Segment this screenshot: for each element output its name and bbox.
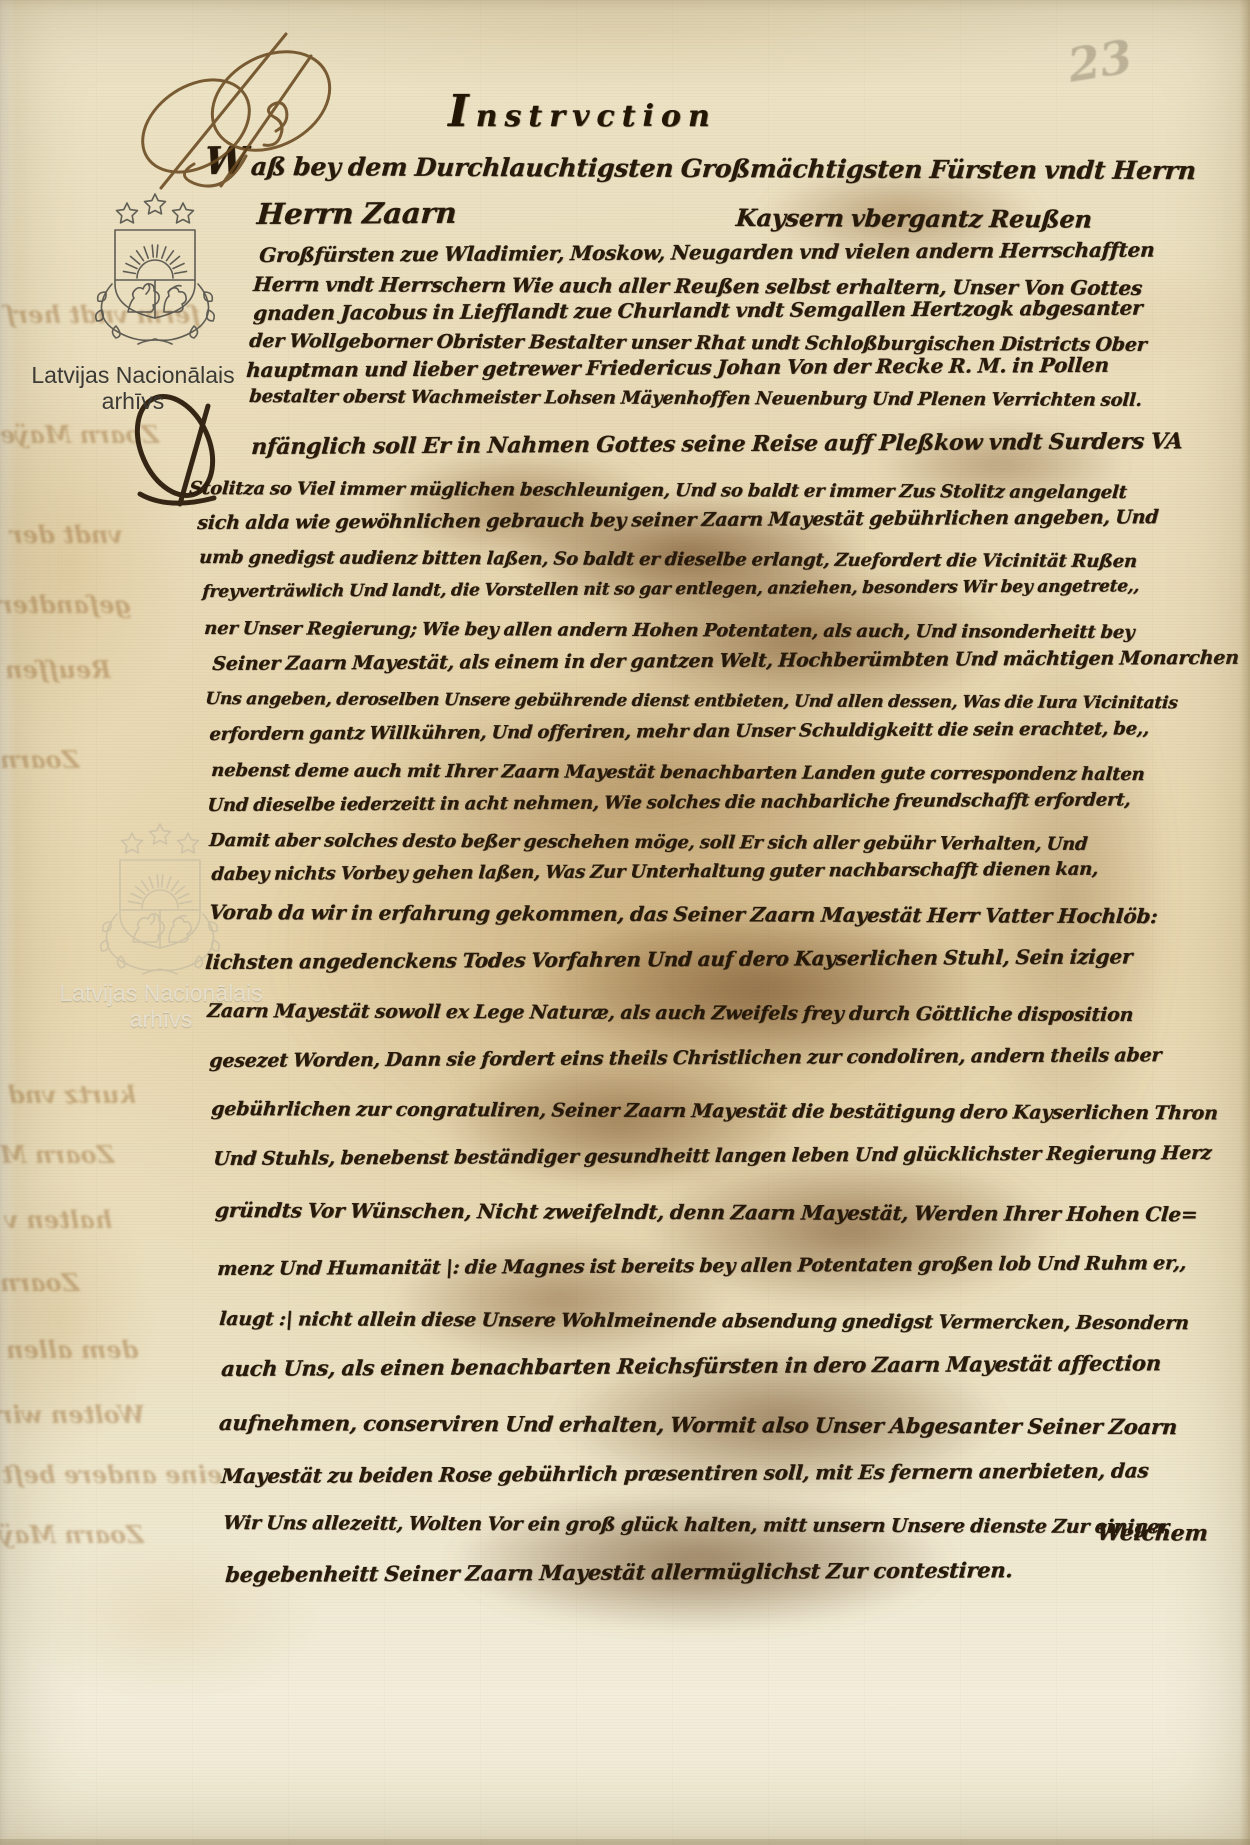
manuscript-line: bestalter oberst Wachmeister Lohsen Mäye… xyxy=(248,386,1142,411)
manuscript-line: sich alda wie gewöhnlichen gebrauch bey … xyxy=(197,506,1159,534)
manuscript-line: auch Uns, als einen benachbarten Reichsf… xyxy=(220,1350,1161,1381)
calligraphic-monogram-flourish xyxy=(126,16,364,204)
manuscript-line: lichsten angedenckens Todes Vorfahren Un… xyxy=(204,944,1133,974)
manuscript-line: laugt :| nicht allein diese Unsere Wohlm… xyxy=(218,1308,1189,1334)
archive-watermark-primary-text: Latvijas Nacionālais arhīvs xyxy=(22,362,244,415)
manuscript-line: Mayestät zu beiden Rose gebührlich præse… xyxy=(220,1458,1149,1488)
manuscript-line: gesezet Worden, Dann sie fordert eins th… xyxy=(209,1044,1162,1072)
manuscript-line: Und Stuhls, benebenst beständiger gesund… xyxy=(213,1142,1212,1170)
manuscript-line: Stolitza so Viel immer müglichen beschle… xyxy=(188,478,1127,503)
manuscript-line: erfordern gantz Willkühren, Und offerire… xyxy=(209,718,1150,745)
pencil-page-number: 23 xyxy=(1064,29,1136,92)
manuscript-line: Damit aber solches desto beßer geschehen… xyxy=(208,830,1088,855)
watermark-text-line2: arhīvs xyxy=(22,388,244,414)
manuscript-line: gebührlichen zur congratuliren, Seiner Z… xyxy=(210,1098,1218,1124)
manuscript-line: hauptman und lieber getrewer Friedericus… xyxy=(245,353,1109,382)
scan-bottom-edge xyxy=(0,1839,1250,1845)
coat-of-arms-icon xyxy=(80,192,230,352)
manuscript-title: Instrvction xyxy=(448,86,717,137)
manuscript-line: nebenst deme auch mit Ihrer Zaarn Mayest… xyxy=(210,760,1145,785)
manuscript-line: dabey nichts Vorbey gehen laßen, Was Zur… xyxy=(211,859,1099,885)
manuscript-line: freyverträwlich Und landt, die Vorstelle… xyxy=(202,576,1140,602)
manuscript-scan-page: ſerm vndt herſZoarn Maÿevndt dergeſandte… xyxy=(0,0,1250,1845)
manuscript-line: begebenheitt Seiner Zaarn Mayestät aller… xyxy=(224,1557,1013,1587)
manuscript-line: umb gnedigst audienz bitten laßen, So ba… xyxy=(198,547,1137,572)
manuscript-line: aufnehmen, conserviren Und erhalten, Wor… xyxy=(218,1410,1178,1439)
manuscript-line: aß bey dem Durchlauchtigsten Großmächtig… xyxy=(250,152,1197,185)
manuscript-line: Großfürsten zue Wladimier, Moskow, Neuga… xyxy=(258,238,1155,267)
manuscript-line: nfänglich soll Er in Nahmen Gottes seine… xyxy=(250,428,1183,460)
manuscript-line: Und dieselbe iederzeitt in acht nehmen, … xyxy=(207,789,1131,816)
manuscript-line: Seiner Zaarn Mayestät, als einem in der … xyxy=(212,647,1240,675)
archive-watermark-primary xyxy=(80,192,230,352)
manuscript-line: gründts Vor Wünschen, Nicht zweifelndt, … xyxy=(214,1198,1198,1226)
manuscript-line: Vorab da wir in erfahrung gekommen, das … xyxy=(208,900,1158,928)
manuscript-line: Wir Uns allezeitt, Wolten Vor ein groß g… xyxy=(222,1512,1169,1538)
watermark-text-line1: Latvijas Nacionālais xyxy=(22,362,244,388)
manuscript-line: menz Und Humanität |: die Magnes ist ber… xyxy=(217,1252,1187,1280)
manuscript-line: gnaden Jacobus in Liefflandt zue Churlan… xyxy=(252,296,1143,325)
manuscript-line: Kaysern vbergantz Reußen xyxy=(735,203,1093,234)
manuscript-line: Welchem xyxy=(1096,1520,1208,1546)
manuscript-line: Zaarn Mayestät sowoll ex Lege Naturæ, al… xyxy=(206,1000,1134,1026)
manuscript-line: Uns angeben, deroselben Unsere gebührend… xyxy=(205,689,1179,713)
manuscript-line: der Wollgeborner Obrister Bestalter unse… xyxy=(248,330,1147,356)
manuscript-line: ner Unser Regierung; Wie bey allen ander… xyxy=(203,618,1135,643)
